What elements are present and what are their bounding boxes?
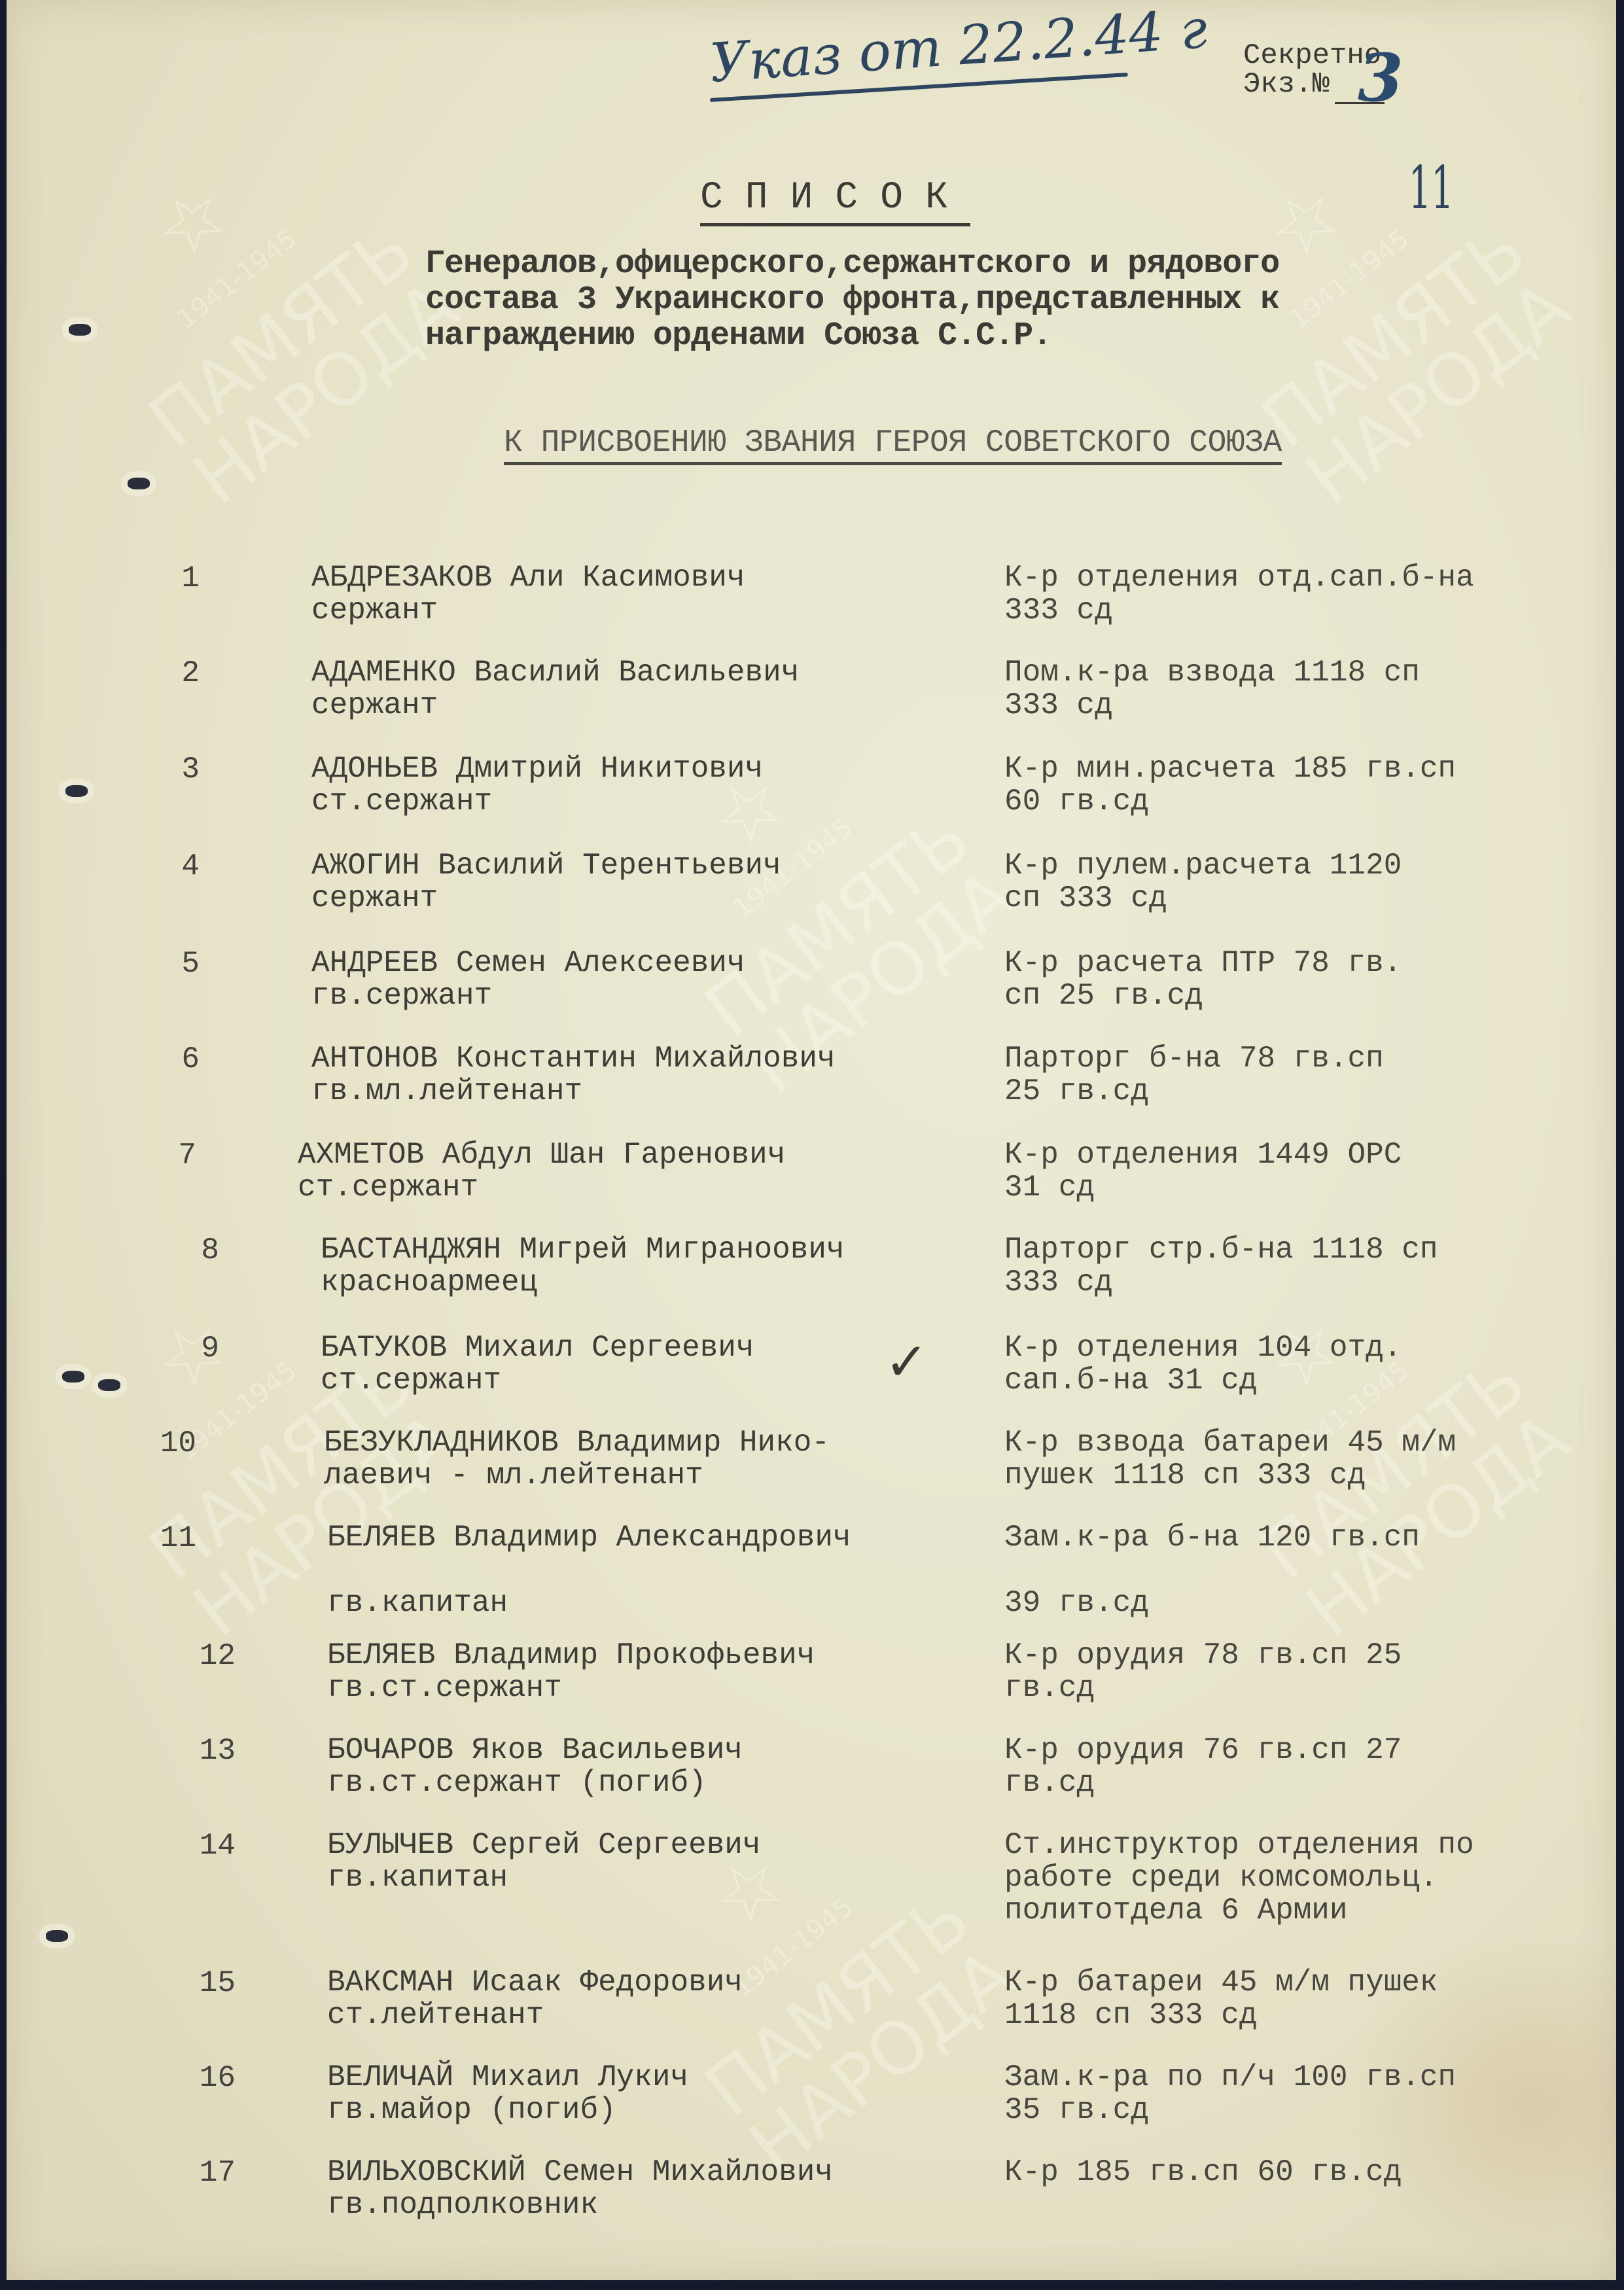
entry-position: К-р взвода батареи 45 м/мпушек 1118 сп 3… [1004,1426,1456,1492]
position-line: 60 гв.сд [1004,785,1456,818]
subtitle-line: состава 3 Украинского фронта,представлен… [425,281,1279,319]
person-rank: гв.ст.сержант [327,1672,815,1704]
entry-position: К-р пулем.расчета 1120сп 333 сд [1004,849,1402,915]
entry-number: 8 [160,1233,219,1267]
entry-number: 3 [141,752,200,786]
punch-hole [69,324,91,336]
document-title: СПИСОК [700,177,970,226]
entry-position: К-р отделения 1449 ОРС31 сд [1004,1138,1402,1204]
person-rank: гв.капитан [327,1587,851,1619]
person-name: ВИЛЬХОВСКИЙ Семен Михайлович [327,2156,833,2189]
entry-number: 9 [160,1331,219,1365]
position-line: гв.сд [1004,1767,1402,1799]
punch-hole [62,1371,84,1383]
person-rank: сержант [311,594,745,627]
subtitle-line: награждению орденами Союза С.С.Р. [425,317,1051,355]
person-name: ВЕЛИЧАЙ Михаил Лукич [327,2061,688,2094]
position-line: сп 25 гв.сд [1004,979,1402,1012]
entry-position: Ст.инструктор отделения поработе среди к… [1004,1829,1474,1927]
person-name: БЕЛЯЕВ Владимир Александрович [327,1521,851,1554]
position-line: 1118 сп 333 сд [1004,1999,1438,2032]
person-name: АБДРЕЗАКОВ Али Касимович [311,561,745,594]
entry-number: 14 [177,1829,236,1863]
entry-number: 10 [137,1426,196,1460]
position-line: К-р мин.расчета 185 гв.сп [1004,752,1456,785]
entry-position: К-р расчета ПТР 78 гв.сп 25 гв.сд [1004,947,1402,1012]
punch-hole [46,1930,68,1942]
position-line: сп 333 сд [1004,882,1402,915]
entry-name-rank: БАСТАНДЖЯН Мигрей Миграноовичкрасноармее… [321,1233,845,1299]
position-line: Зам.к-ра по п/ч 100 гв.сп [1004,2061,1456,2094]
subtitle-line: Генералов,офицерского,сержантского и ряд… [425,245,1279,283]
position-line: 25 гв.сд [1004,1075,1384,1108]
position-line: 39 гв.сд [1004,1587,1420,1619]
entry-name-rank: АЖОГИН Василий Терентьевичсержант [311,849,781,915]
entry-name-rank: БАТУКОВ Михаил Сергеевичст.сержант [321,1331,754,1397]
entry-position: Парторг б-на 78 гв.сп25 гв.сд [1004,1042,1384,1108]
entry-position: Зам.к-ра по п/ч 100 гв.сп35 гв.сд [1004,2061,1456,2126]
position-line: 333 сд [1004,689,1420,722]
position-line: К-р расчета ПТР 78 гв. [1004,947,1402,979]
entry-name-rank: АНТОНОВ Константин Михайловичгв.мл.лейте… [311,1042,836,1108]
entry-position: К-р батареи 45 м/м пушек1118 сп 333 сд [1004,1966,1438,2032]
entry-number: 2 [141,656,200,690]
entry-number: 16 [177,2061,236,2095]
entry-name-rank: ВИЛЬХОВСКИЙ Семен Михайловичгв.подполков… [327,2156,833,2221]
person-rank: лаевич - мл.лейтенант [324,1459,830,1492]
entry-name-rank: ВАКСМАН Исаак Федоровичст.лейтенант [327,1966,743,2032]
person-name: АДАМЕНКО Василий Васильевич [311,656,799,689]
position-line: Парторг стр.б-на 1118 сп [1004,1233,1438,1266]
position-line: 333 сд [1004,1266,1438,1299]
person-name: БЕЛЯЕВ Владимир Прокофьевич [327,1639,815,1672]
position-line: К-р отделения отд.сап.б-на [1004,561,1474,594]
entry-number: 13 [177,1734,236,1768]
position-line: К-р отделения 104 отд. [1004,1331,1402,1364]
position-line: 333 сд [1004,594,1474,627]
person-name: ВАКСМАН Исаак Федорович [327,1966,743,1999]
position-line: 31 сд [1004,1171,1402,1204]
position-line: гв.сд [1004,1672,1402,1704]
entry-name-rank: БЕЛЯЕВ Владимир Александровичгв.капитан [327,1521,851,1619]
entry-position: К-р 185 гв.сп 60 гв.сд [1004,2156,1402,2189]
person-rank: гв.подполковник [327,2189,833,2221]
entry-name-rank: АБДРЕЗАКОВ Али Касимовичсержант [311,561,745,627]
person-name: АЖОГИН Василий Терентьевич [311,849,781,882]
position-line: К-р орудия 76 гв.сп 27 [1004,1734,1402,1767]
entry-name-rank: АДАМЕНКО Василий Васильевичсержант [311,656,799,722]
person-name: АНДРЕЕВ Семен Алексеевич [311,947,745,979]
entry-position: К-р орудия 76 гв.сп 27гв.сд [1004,1734,1402,1799]
entry-name-rank: АХМЕТОВ Абдул Шан Гареновичст.сержант [298,1138,785,1204]
margin-mark: 11 [1409,154,1454,222]
person-name: БУЛЫЧЕВ Сергей Сергеевич [327,1829,761,1861]
person-rank: гв.майор (погиб) [327,2094,688,2126]
entry-position: К-р мин.расчета 185 гв.сп60 гв.сд [1004,752,1456,818]
copy-number: 3 [1358,39,1403,116]
entry-name-rank: АНДРЕЕВ Семен Алексеевичгв.сержант [311,947,745,1012]
person-rank: сержант [311,689,799,722]
entry-position: К-р отделения отд.сап.б-на333 сд [1004,561,1474,627]
entry-number: 11 [137,1521,196,1555]
position-line [1004,1554,1420,1587]
person-rank: сержант [311,882,781,915]
position-line: К-р орудия 78 гв.сп 25 [1004,1639,1402,1672]
position-line: пушек 1118 сп 333 сд [1004,1459,1456,1492]
person-rank: гв.мл.лейтенант [311,1075,836,1108]
position-line: К-р пулем.расчета 1120 [1004,849,1402,882]
entry-number: 1 [141,561,200,595]
position-line: К-р батареи 45 м/м пушек [1004,1966,1438,1999]
position-line: К-р 185 гв.сп 60 гв.сд [1004,2156,1402,2189]
watermark: ☆ 1941-1945 ПАМЯТЬ НАРОДА [49,99,470,516]
person-rank [327,1554,851,1587]
person-rank: ст.сержант [321,1364,754,1397]
entry-name-rank: БОЧАРОВ Яков Васильевичгв.ст.сержант (по… [327,1734,743,1799]
position-line: К-р отделения 1449 ОРС [1004,1138,1402,1171]
position-line: сап.б-на 31 сд [1004,1364,1402,1397]
entry-name-rank: ВЕЛИЧАЙ Михаил Лукичгв.майор (погиб) [327,2061,688,2126]
entry-name-rank: БУЛЫЧЕВ Сергей Сергеевичгв.капитан [327,1829,761,1894]
position-line: Зам.к-ра б-на 120 гв.сп [1004,1521,1420,1554]
entry-position: К-р отделения 104 отд.сап.б-на 31 сд [1004,1331,1402,1397]
section-heading: К ПРИСВОЕНИЮ ЗВАНИЯ ГЕРОЯ СОВЕТСКОГО СОЮ… [504,425,1282,465]
person-name: БОЧАРОВ Яков Васильевич [327,1734,743,1767]
copy-label: Экз.№ [1243,69,1330,99]
person-name: АНТОНОВ Константин Михайлович [311,1042,836,1075]
position-line: политотдела 6 Армии [1004,1894,1474,1927]
position-line: работе среди комсомольц. [1004,1861,1474,1894]
position-line: К-р взвода батареи 45 м/м [1004,1426,1456,1459]
person-name: БЕЗУКЛАДНИКОВ Владимир Нико- [324,1426,830,1459]
person-rank: ст.сержант [311,785,763,818]
entry-position: Парторг стр.б-на 1118 сп333 сд [1004,1233,1438,1299]
entry-position: Зам.к-ра б-на 120 гв.сп39 гв.сд [1004,1521,1420,1619]
person-name: БАСТАНДЖЯН Мигрей Миграноович [321,1233,845,1266]
entry-number: 15 [177,1966,236,2000]
entry-number: 4 [141,849,200,883]
person-rank: гв.ст.сержант (погиб) [327,1767,743,1799]
punch-hole [98,1379,120,1391]
entry-name-rank: АДОНЬЕВ Дмитрий Никитовичст.сержант [311,752,763,818]
person-rank: гв.капитан [327,1861,761,1894]
person-name: АДОНЬЕВ Дмитрий Никитович [311,752,763,785]
entry-number: 6 [141,1042,200,1076]
position-line: 35 гв.сд [1004,2094,1456,2126]
star-icon: ☆ [49,99,337,345]
person-rank: красноармеец [321,1266,845,1299]
check-mark-icon: ✓ [885,1331,928,1392]
position-line: Пом.к-ра взвода 1118 сп [1004,656,1420,689]
person-rank: ст.сержант [298,1171,785,1204]
punch-hole [128,478,150,489]
entry-number: 7 [137,1138,196,1172]
entry-name-rank: БЕЛЯЕВ Владимир Прокофьевичгв.ст.сержант [327,1639,815,1704]
punch-hole [65,785,88,797]
position-line: Ст.инструктор отделения по [1004,1829,1474,1861]
person-rank: гв.сержант [311,979,745,1012]
position-line: Парторг б-на 78 гв.сп [1004,1042,1384,1075]
entry-number: 5 [141,947,200,981]
entry-name-rank: БЕЗУКЛАДНИКОВ Владимир Нико-лаевич - мл.… [324,1426,830,1492]
person-name: БАТУКОВ Михаил Сергеевич [321,1331,754,1364]
entry-position: Пом.к-ра взвода 1118 сп333 сд [1004,656,1420,722]
entry-number: 17 [177,2156,236,2190]
entry-position: К-р орудия 78 гв.сп 25гв.сд [1004,1639,1402,1704]
person-rank: ст.лейтенант [327,1999,743,2032]
entry-number: 12 [177,1639,236,1673]
person-name: АХМЕТОВ Абдул Шан Гаренович [298,1138,785,1171]
